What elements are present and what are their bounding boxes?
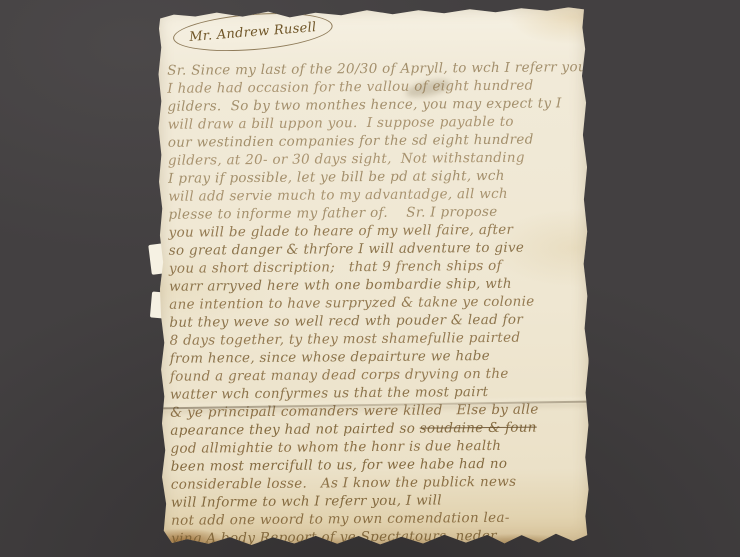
addressee-oval: Mr. Andrew Rusell bbox=[172, 8, 334, 56]
letter-line-text: apearance they had not pairted so bbox=[170, 421, 420, 439]
struck-text: soudaine & foun bbox=[420, 420, 537, 437]
letter-body: Sr. Since my last of the 20/30 of Apryll… bbox=[167, 58, 584, 548]
addressee-name: Mr. Andrew Rusell bbox=[189, 20, 317, 45]
letter-paper: Mr. Andrew Rusell Sr. Since my last of t… bbox=[157, 6, 591, 547]
photo-background: Mr. Andrew Rusell Sr. Since my last of t… bbox=[0, 0, 740, 557]
letter-line: ving A body Repoort of ye Spectatours, n… bbox=[171, 526, 584, 548]
